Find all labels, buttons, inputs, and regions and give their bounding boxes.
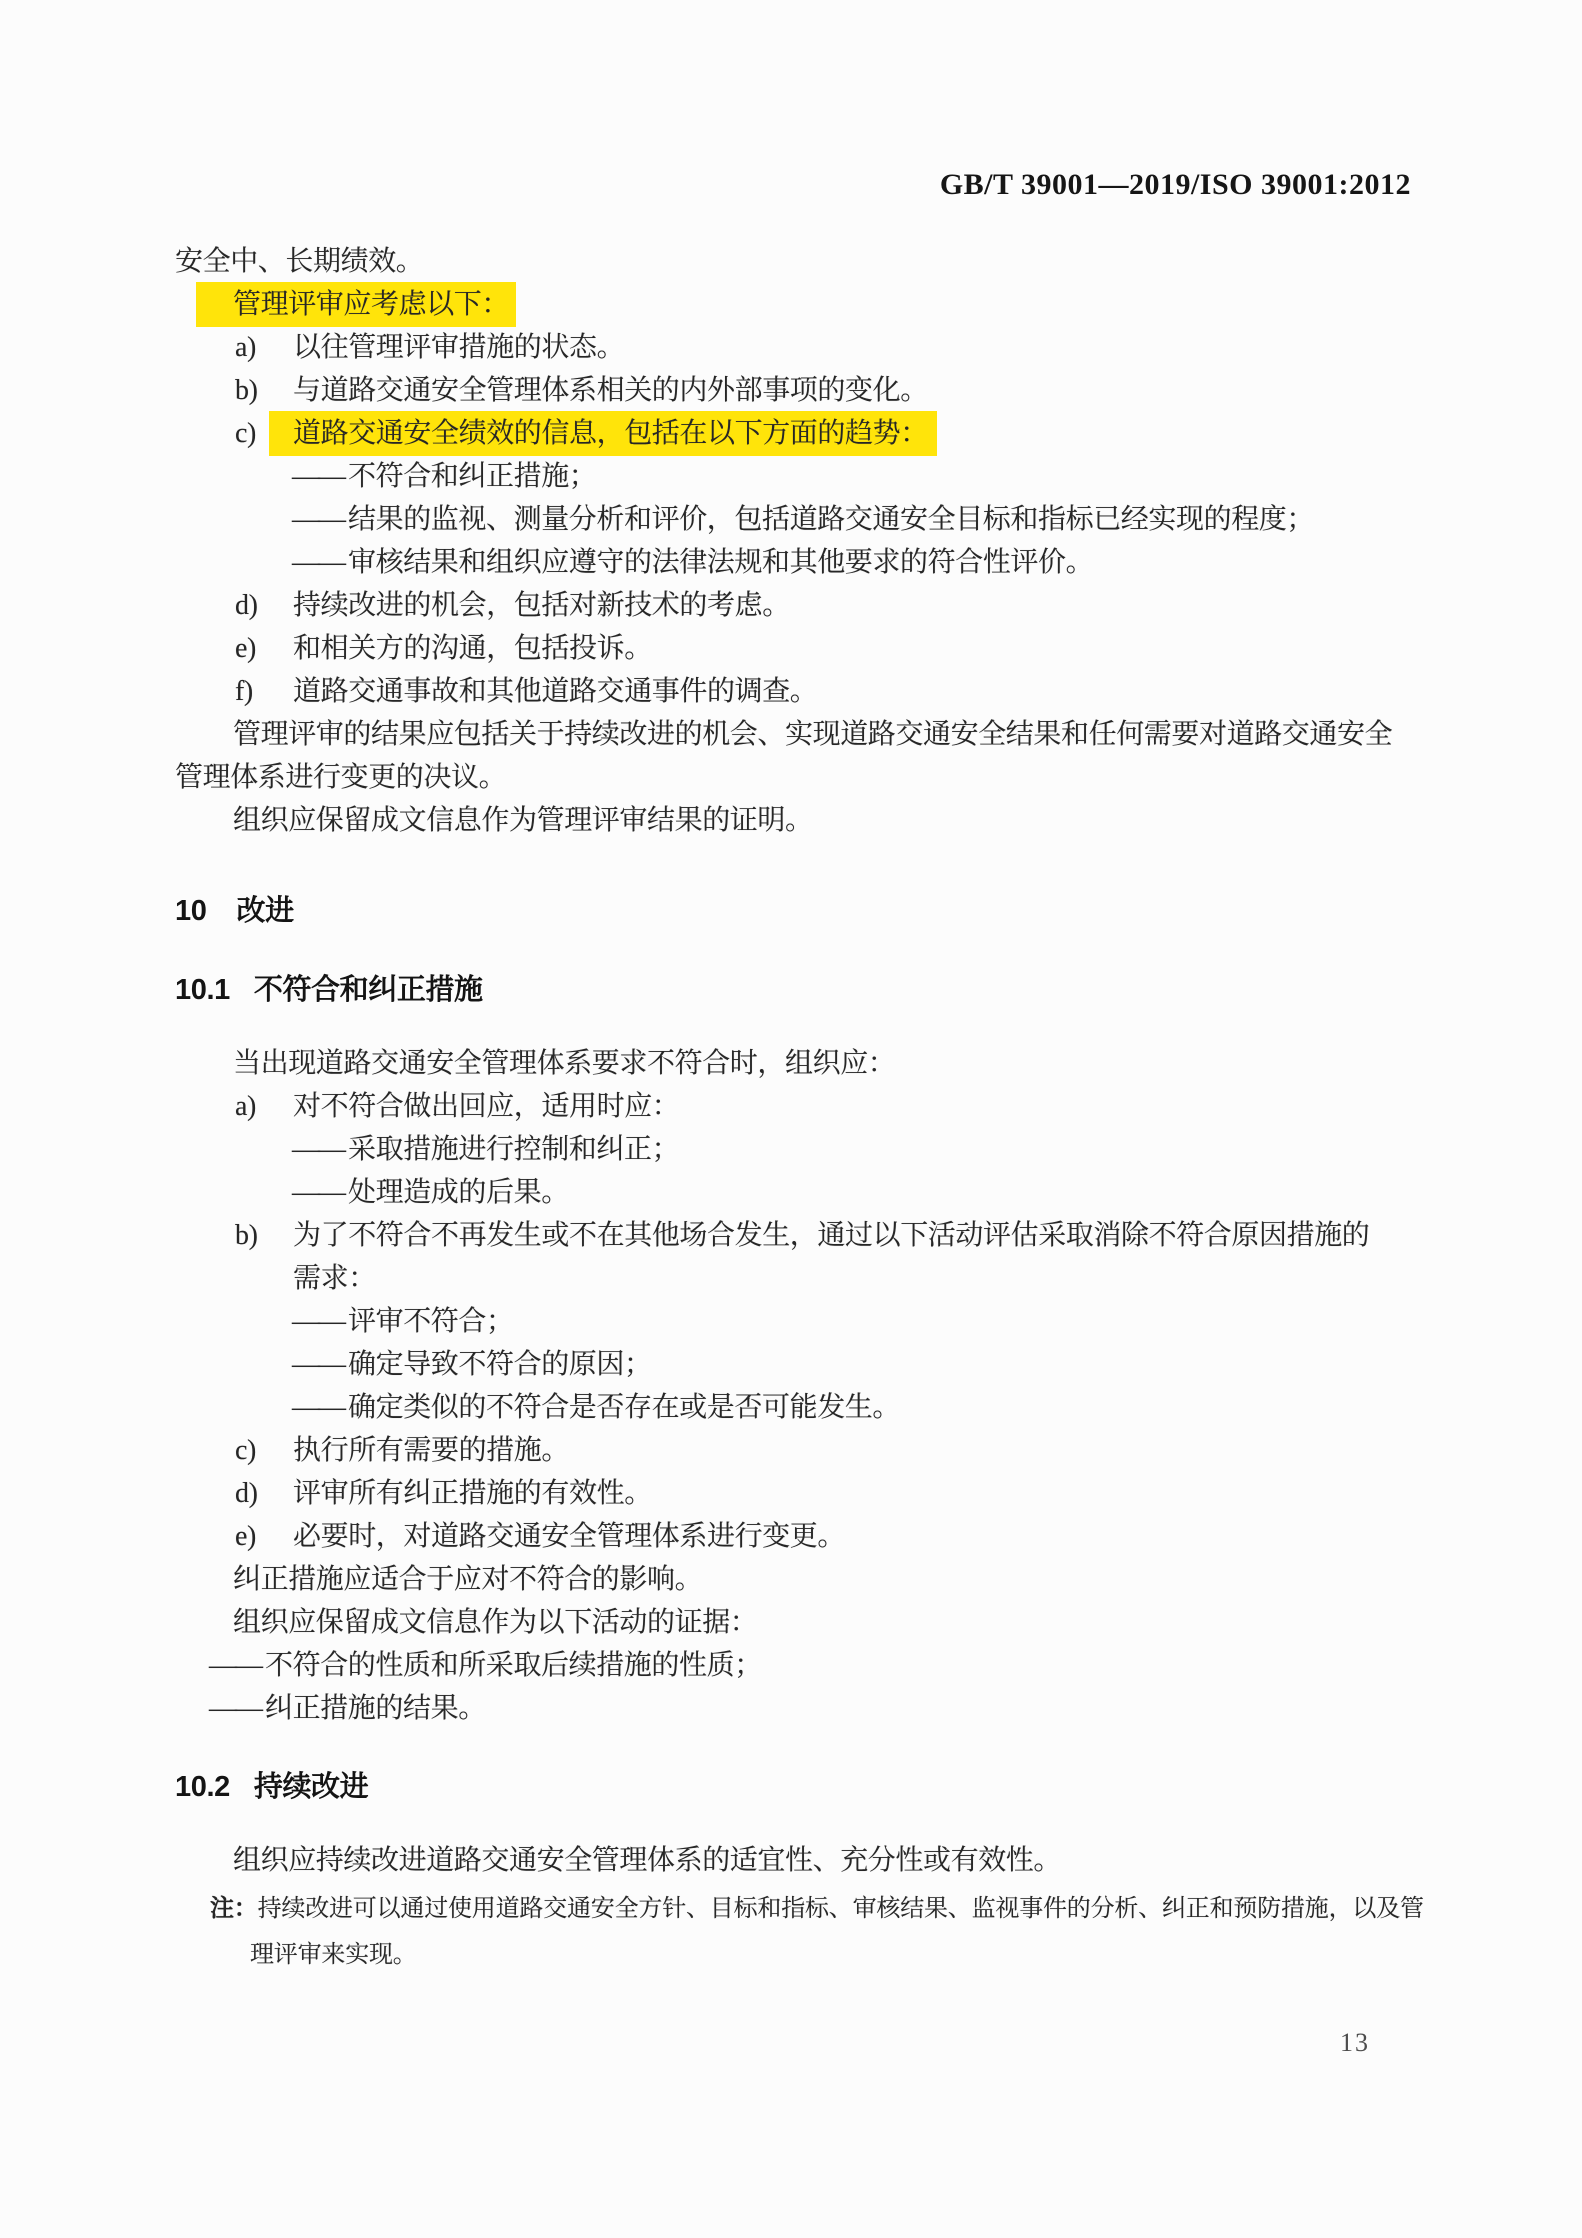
line-text: 管理体系进行变更的决议。 <box>175 762 506 793</box>
heading-title: 改进 <box>236 895 293 927</box>
content: 安全中、长期绩效。管理评审应考虑以下：a)以往管理评审措施的状态。b)与道路交通… <box>175 240 1455 1978</box>
line-text: 以往管理评审措施的状态。 <box>293 332 624 363</box>
text-line: e)和相关方的沟通，包括投诉。 <box>235 627 1455 670</box>
text-line: e)必要时，对道路交通安全管理体系进行变更。 <box>235 1515 1455 1558</box>
subsection-heading: 10.1不符合和纠正措施 <box>175 969 1455 1012</box>
dash-marker: —— <box>292 1134 344 1165</box>
text-line: 纠正措施应适合于应对不符合的影响。 <box>233 1558 1455 1601</box>
text-line: 需求： <box>293 1257 1455 1300</box>
text-line: 组织应保留成文信息作为管理评审结果的证明。 <box>233 799 1455 842</box>
list-marker: b) <box>235 1214 293 1257</box>
line-text: 必要时，对道路交通安全管理体系进行变更。 <box>293 1521 845 1552</box>
text-line: ——不符合的性质和所采取后续措施的性质； <box>209 1644 1455 1687</box>
text-line: d)评审所有纠正措施的有效性。 <box>235 1472 1455 1515</box>
line-text: 不符合和纠正措施； <box>348 461 596 492</box>
line-text: 确定类似的不符合是否存在或是否可能发生。 <box>348 1392 900 1423</box>
line-text: 评审不符合； <box>348 1306 514 1337</box>
line-text: 持续改进可以通过使用道路交通安全方针、目标和指标、审核结果、监视事件的分析、纠正… <box>258 1896 1424 1922</box>
text-line: ——结果的监视、测量分析和评价，包括道路交通安全目标和指标已经实现的程度； <box>292 498 1455 541</box>
line-text: 与道路交通安全管理体系相关的内外部事项的变化。 <box>293 375 928 406</box>
list-marker: a) <box>235 326 293 369</box>
text-line: ——审核结果和组织应遵守的法律法规和其他要求的符合性评价。 <box>292 541 1455 584</box>
text-line: ——采取措施进行控制和纠正； <box>292 1128 1455 1171</box>
dash-marker: —— <box>209 1650 261 1681</box>
line-text: 管理评审应考虑以下： <box>196 282 516 327</box>
note-label: 注： <box>210 1895 258 1922</box>
list-marker: d) <box>235 1472 293 1515</box>
dash-marker: —— <box>292 1349 344 1380</box>
dash-marker: —— <box>292 461 344 492</box>
text-line: b)与道路交通安全管理体系相关的内外部事项的变化。 <box>235 369 1455 412</box>
line-text: 当出现道路交通安全管理体系要求不符合时，组织应： <box>233 1048 895 1079</box>
line-text: 组织应保留成文信息作为管理评审结果的证明。 <box>233 805 813 836</box>
section-heading: 10改进 <box>175 890 1455 933</box>
line-text: 组织应持续改进道路交通安全管理体系的适宜性、充分性或有效性。 <box>233 1845 1061 1876</box>
heading-number: 10.2 <box>175 1771 230 1803</box>
list-marker: b) <box>235 369 293 412</box>
dash-marker: —— <box>292 1177 344 1208</box>
text-line: 安全中、长期绩效。 <box>175 240 1455 283</box>
dash-marker: —— <box>292 547 344 578</box>
line-text: 纠正措施的结果。 <box>265 1693 486 1724</box>
standard-number-header: GB/T 39001—2019/ISO 39001:2012 <box>940 168 1411 202</box>
line-text: 纠正措施应适合于应对不符合的影响。 <box>233 1564 702 1595</box>
line-text: 结果的监视、测量分析和评价，包括道路交通安全目标和指标已经实现的程度； <box>348 504 1314 535</box>
text-line: ——确定类似的不符合是否存在或是否可能发生。 <box>292 1386 1455 1429</box>
text-line: c)执行所有需要的措施。 <box>235 1429 1455 1472</box>
line-text: 持续改进的机会，包括对新技术的考虑。 <box>293 590 790 621</box>
dash-marker: —— <box>292 1392 344 1423</box>
text-line: 当出现道路交通安全管理体系要求不符合时，组织应： <box>233 1042 1455 1085</box>
text-line: a)以往管理评审措施的状态。 <box>235 326 1455 369</box>
line-text: 安全中、长期绩效。 <box>175 246 423 277</box>
text-line: ——评审不符合； <box>292 1300 1455 1343</box>
text-line: 管理评审的结果应包括关于持续改进的机会、实现道路交通安全结果和任何需要对道路交通… <box>233 713 1455 756</box>
line-text: 道路交通安全绩效的信息，包括在以下方面的趋势： <box>269 411 937 456</box>
document-page: GB/T 39001—2019/ISO 39001:2012 安全中、长期绩效。… <box>0 0 1582 2238</box>
line-text: 处理造成的后果。 <box>348 1177 569 1208</box>
line-text: 执行所有需要的措施。 <box>293 1435 569 1466</box>
heading-title: 不符合和纠正措施 <box>254 974 483 1006</box>
dash-marker: —— <box>292 504 344 535</box>
list-marker: e) <box>235 627 293 670</box>
subsection-heading: 10.2持续改进 <box>175 1766 1455 1809</box>
line-text: 为了不符合不再发生或不在其他场合发生，通过以下活动评估采取消除不符合原因措施的 <box>293 1220 1369 1251</box>
text-line: c)道路交通安全绩效的信息，包括在以下方面的趋势： <box>235 412 1455 455</box>
note-line: 注：持续改进可以通过使用道路交通安全方针、目标和指标、审核结果、监视事件的分析、… <box>210 1886 1455 1932</box>
list-marker: d) <box>235 584 293 627</box>
text-line: 理评审来实现。 <box>250 1932 1455 1978</box>
line-text: 道路交通事故和其他道路交通事件的调查。 <box>293 676 817 707</box>
text-line: 组织应保留成文信息作为以下活动的证据： <box>233 1601 1455 1644</box>
text-line: f)道路交通事故和其他道路交通事件的调查。 <box>235 670 1455 713</box>
text-line: ——处理造成的后果。 <box>292 1171 1455 1214</box>
line-text: 确定导致不符合的原因； <box>348 1349 652 1380</box>
list-marker: e) <box>235 1515 293 1558</box>
heading-number: 10.1 <box>175 974 230 1006</box>
line-text: 不符合的性质和所采取后续措施的性质； <box>265 1650 762 1681</box>
line-text: 和相关方的沟通，包括投诉。 <box>293 633 652 664</box>
dash-marker: —— <box>292 1306 344 1337</box>
line-text: 对不符合做出回应，适用时应： <box>293 1091 679 1122</box>
text-line: d)持续改进的机会，包括对新技术的考虑。 <box>235 584 1455 627</box>
dash-marker: —— <box>209 1693 261 1724</box>
heading-number: 10 <box>175 895 206 927</box>
line-text: 管理评审的结果应包括关于持续改进的机会、实现道路交通安全结果和任何需要对道路交通… <box>233 719 1392 750</box>
text-line: ——纠正措施的结果。 <box>209 1687 1455 1730</box>
text-line: ——确定导致不符合的原因； <box>292 1343 1455 1386</box>
line-text: 需求： <box>293 1263 376 1294</box>
line-text: 评审所有纠正措施的有效性。 <box>293 1478 652 1509</box>
text-line: 组织应持续改进道路交通安全管理体系的适宜性、充分性或有效性。 <box>233 1839 1455 1882</box>
line-text: 审核结果和组织应遵守的法律法规和其他要求的符合性评价。 <box>348 547 1093 578</box>
page-number: 13 <box>1340 2028 1370 2058</box>
text-line: 管理评审应考虑以下： <box>233 283 1455 326</box>
list-marker: a) <box>235 1085 293 1128</box>
text-line: ——不符合和纠正措施； <box>292 455 1455 498</box>
line-text: 理评审来实现。 <box>250 1942 417 1968</box>
list-marker: f) <box>235 670 293 713</box>
text-line: a)对不符合做出回应，适用时应： <box>235 1085 1455 1128</box>
text-line: 管理体系进行变更的决议。 <box>175 756 1455 799</box>
list-marker: c) <box>235 1429 293 1472</box>
text-line: b)为了不符合不再发生或不在其他场合发生，通过以下活动评估采取消除不符合原因措施… <box>235 1214 1455 1257</box>
line-text: 组织应保留成文信息作为以下活动的证据： <box>233 1607 757 1638</box>
heading-title: 持续改进 <box>254 1771 368 1803</box>
line-text: 采取措施进行控制和纠正； <box>348 1134 679 1165</box>
